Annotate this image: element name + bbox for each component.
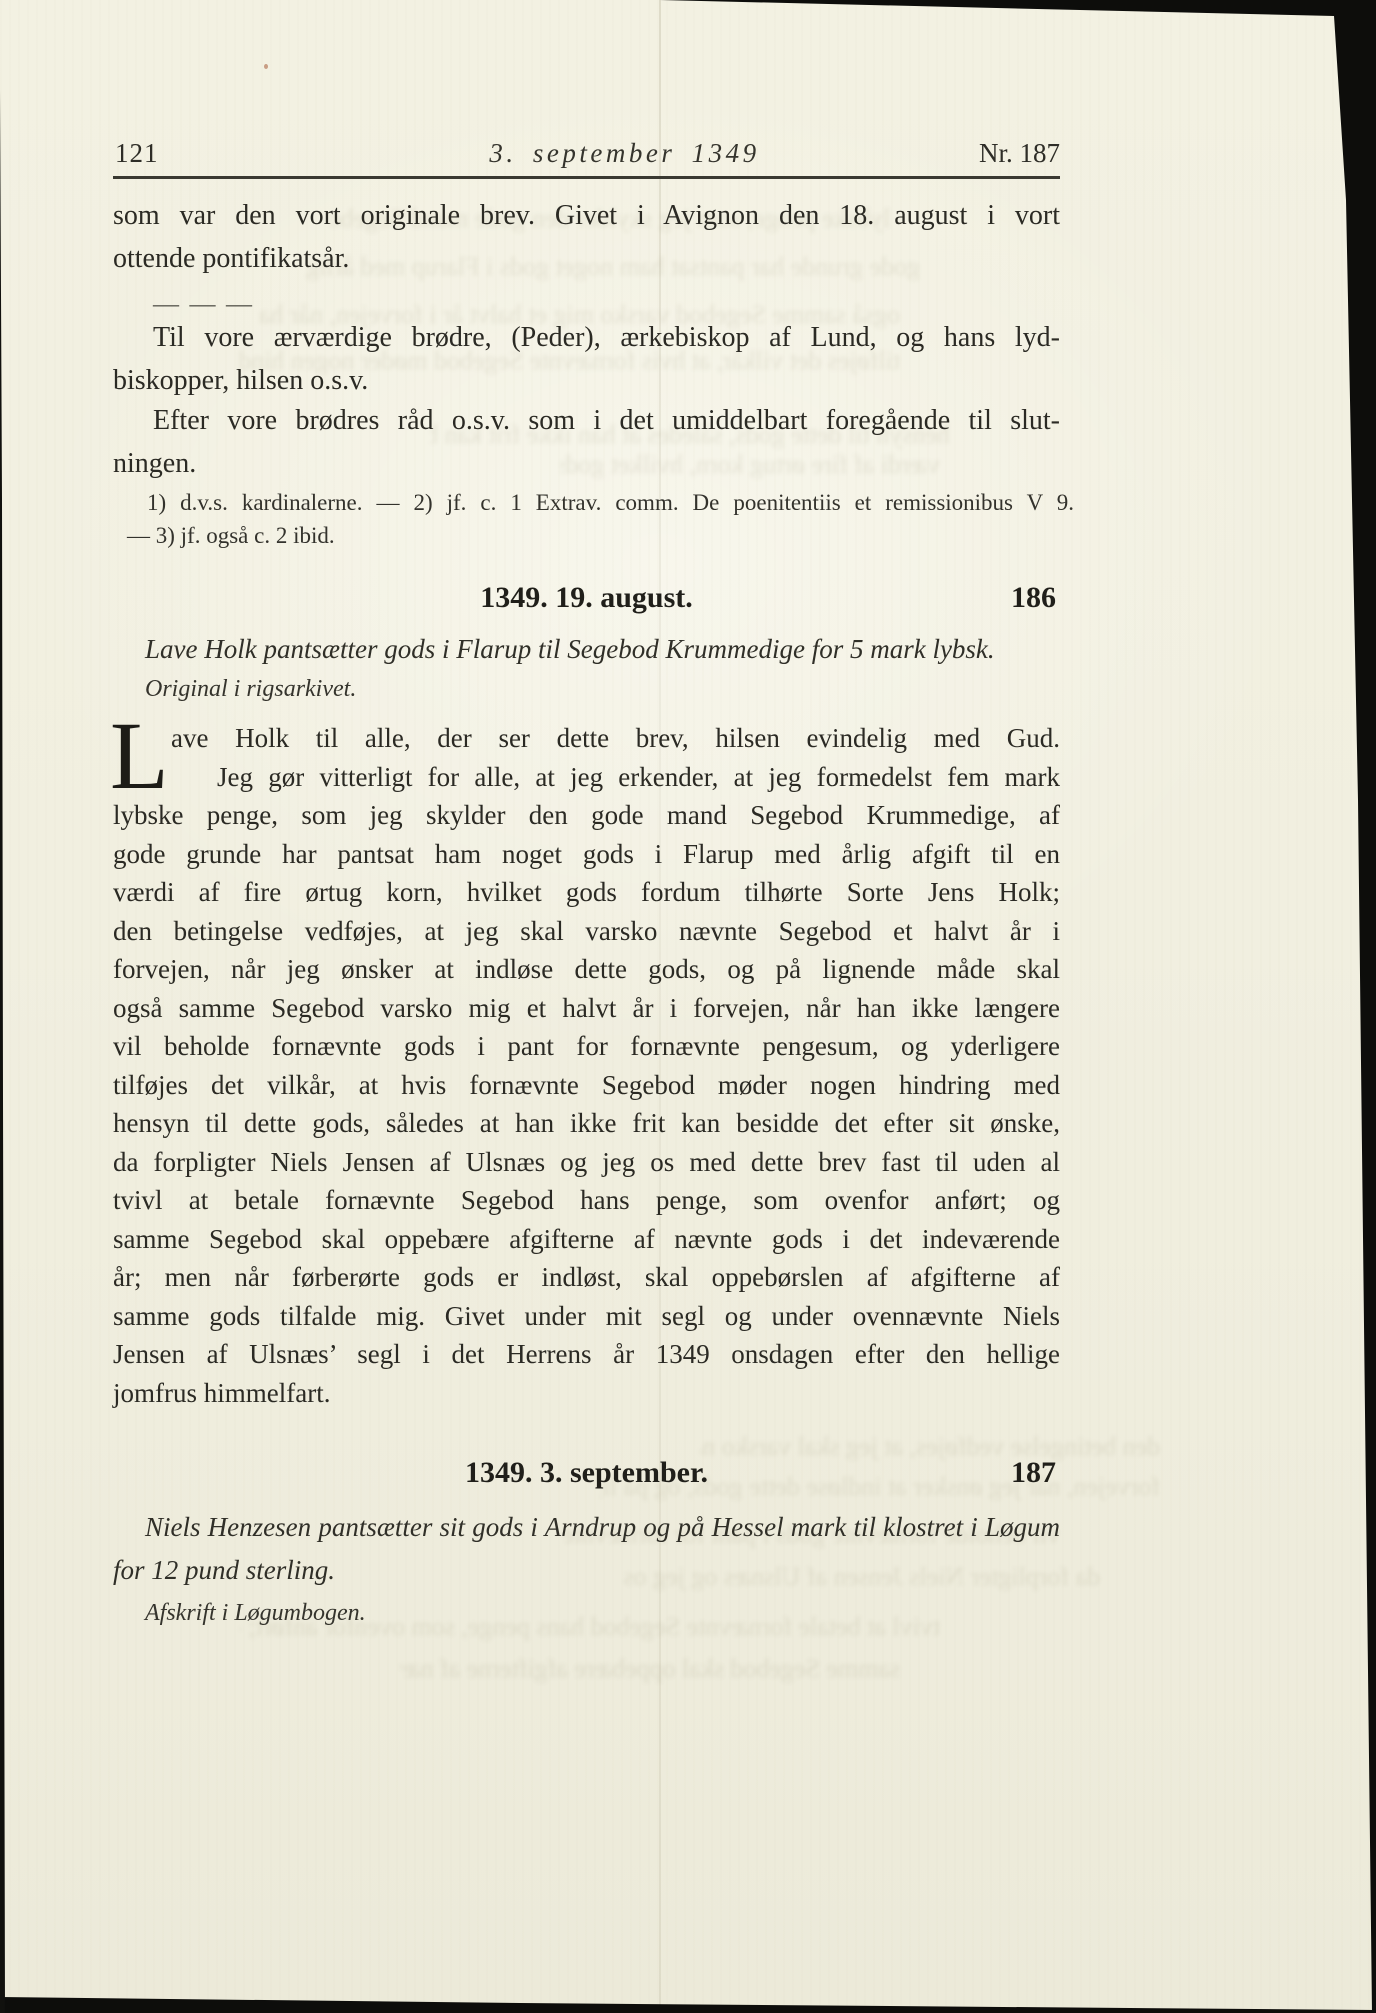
entry-186-heading: 1349. 19. august. 186: [113, 581, 1060, 615]
text-line: ottende pontifikatsår.: [113, 237, 1060, 280]
text-line: ave Holk til alle, der ser dette brev, h…: [113, 719, 1060, 758]
left-edge-shadow: [0, 90, 5, 2013]
scanned-book-page: lybske penge, som jeg skylder den gode m…: [0, 0, 1376, 2013]
text-line: også samme Segebod varsko mig et halvt å…: [113, 989, 1060, 1028]
running-title: 3. september 1349: [489, 138, 759, 169]
text-line: Efter vore brødres råd o.s.v. som i det …: [113, 399, 1060, 442]
separator-dashes: — — —: [113, 289, 1100, 319]
text-line: for 12 pund sterling.: [113, 1549, 1060, 1592]
text-line: 1) d.v.s. kardinalerne. — 2) jf. c. 1 Ex…: [127, 486, 1074, 519]
drop-cap: L: [110, 717, 166, 795]
text-line: Niels Henzesen pantsætter sit gods i Arn…: [113, 1506, 1060, 1549]
text-line: den betingelse vedføjes, at jeg skal var…: [113, 912, 1060, 951]
entry-187-summary: Niels Henzesen pantsætter sit gods i Arn…: [113, 1506, 1060, 1592]
entry-186-date: 1349. 19. august.: [480, 581, 693, 614]
entry-187-number: 187: [1011, 1456, 1056, 1490]
text-line: — 3) jf. også c. 2 ibid.: [127, 519, 1074, 552]
text-line: ningen.: [113, 442, 1060, 485]
text-line: tvivl at betale fornævnte Segebod hans p…: [113, 1181, 1060, 1220]
paragraph-address: Til vore ærværdige brødre, (Peder), ærke…: [113, 316, 1060, 402]
text-line: biskopper, hilsen o.s.v.: [113, 359, 1060, 402]
text-line: jomfrus himmelfart.: [113, 1374, 1060, 1413]
text-line: hensyn til dette gods, således at han ik…: [113, 1104, 1060, 1143]
text-line: værdi af fire ørtug korn, hvilket gods f…: [113, 873, 1060, 912]
text-line: Til vore ærværdige brødre, (Peder), ærke…: [113, 316, 1060, 359]
header-rule: [113, 176, 1060, 179]
text-line: tilføjes det vilkår, at hvis fornævnte S…: [113, 1066, 1060, 1105]
text-line: Lave Holk pantsætter gods i Flarup til S…: [113, 628, 1060, 671]
entry-186-body-lines: ave Holk til alle, der ser dette brev, h…: [113, 719, 1060, 1412]
entry-186-summary: Lave Holk pantsætter gods i Flarup til S…: [113, 628, 1060, 671]
text-line: Jensen af Ulsnæs’ segl i det Herrens år …: [113, 1335, 1060, 1374]
text-line: forvejen, når jeg ønsker at indløse dett…: [113, 950, 1060, 989]
paper-speck: [264, 64, 268, 69]
text-line: samme Segebod skal oppebære afgifterne a…: [113, 1220, 1060, 1259]
text-line: da forpligter Niels Jensen af Ulsnæs og …: [113, 1143, 1060, 1182]
paragraph-note: Efter vore brødres råd o.s.v. som i det …: [113, 399, 1060, 485]
text-line: gode grunde har pantsat ham noget gods i…: [113, 835, 1060, 874]
entry-186-number: 186: [1011, 581, 1056, 615]
text-line: Jeg gør vitterligt for alle, at jeg erke…: [113, 758, 1060, 797]
page-number: 121: [115, 138, 159, 169]
bottom-edge-shadow: [0, 1997, 1376, 2013]
footnotes: 1) d.v.s. kardinalerne. — 2) jf. c. 1 Ex…: [113, 486, 1074, 552]
text-line: vil beholde fornævnte gods i pant for fo…: [113, 1027, 1060, 1066]
entry-187-date: 1349. 3. september.: [465, 1456, 708, 1489]
entry-187-heading: 1349. 3. september. 187: [113, 1456, 1060, 1490]
text-line: som var den vort originale brev. Givet i…: [113, 194, 1060, 237]
entry-186-body: L ave Holk til alle, der ser dette brev,…: [113, 719, 1060, 1412]
bleed-through-line: samme Segebod skal oppebære afgifterne a…: [400, 1654, 900, 1684]
entry-186-source: Original i rigsarkivet.: [113, 676, 1092, 703]
entry-number-ref: Nr. 187: [979, 138, 1060, 169]
entry-187-source: Afskrift i Løgumbogen.: [113, 1600, 1092, 1627]
text-line: samme gods tilfalde mig. Givet under mit…: [113, 1297, 1060, 1336]
text-line: lybske penge, som jeg skylder den gode m…: [113, 796, 1060, 835]
text-line: år; men når førberørte gods er indløst, …: [113, 1258, 1060, 1297]
paragraph-continuation: som var den vort originale brev. Givet i…: [113, 194, 1060, 280]
